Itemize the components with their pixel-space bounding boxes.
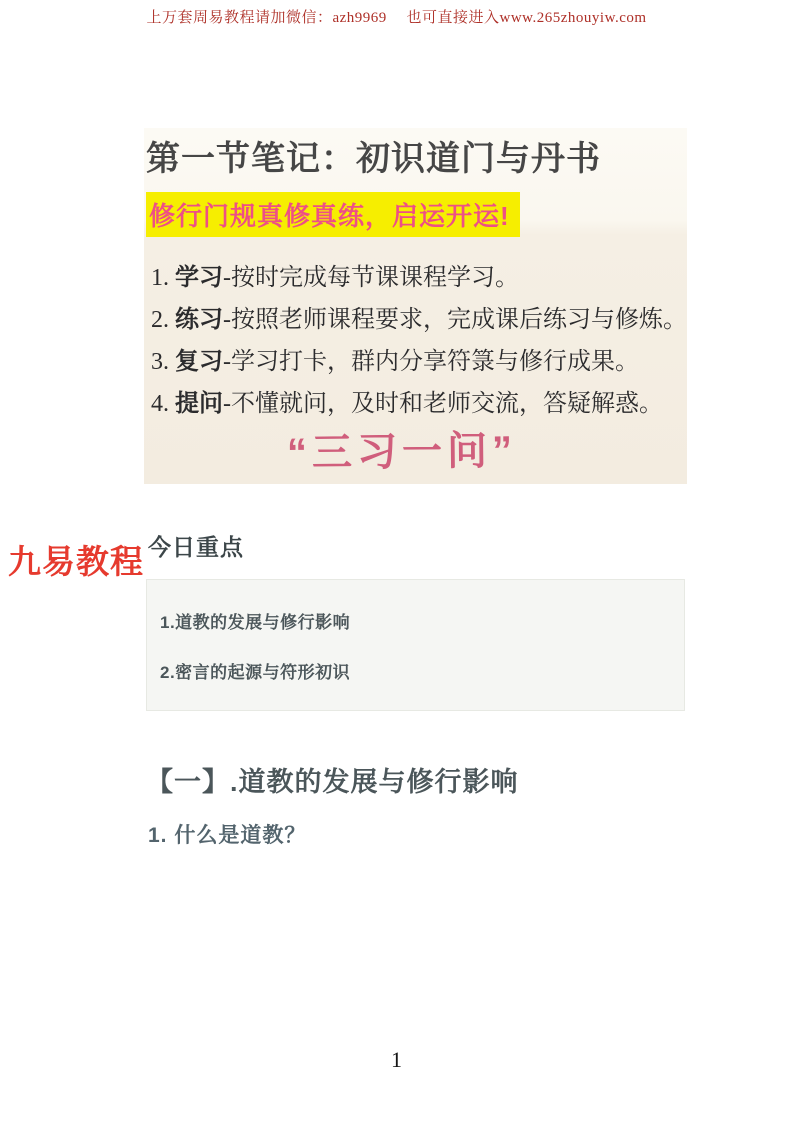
focus-point-2: 2.密言的起源与符形初识 (160, 658, 350, 683)
focus-point-1: 1.道教的发展与修行影响 (160, 608, 350, 633)
rule-item-2: 2. 练习-按照老师课程要求，完成课后练习与修炼。 (151, 299, 687, 341)
rule-item-3: 3. 复习-学习打卡，群内分享符箓与修行成果。 (151, 341, 687, 383)
brand-watermark: 九易教程 (8, 536, 144, 583)
rule-number: 3. (151, 349, 175, 375)
rule-keyword: 复习 (175, 349, 223, 375)
section-question: 1. 什么是道教？ (148, 819, 306, 849)
rule-keyword: 练习 (175, 307, 223, 333)
today-focus-heading: 今日重点 (148, 529, 244, 562)
page-number: 1 (0, 1047, 793, 1073)
rule-text: -按时完成每节课课程学习。 (223, 265, 519, 291)
today-focus-box: 1.道教的发展与修行影响 2.密言的起源与符形初识 (146, 579, 685, 711)
rule-text: -不懂就问，及时和老师交流，答疑解惑。 (223, 391, 663, 417)
section-one-heading: 【一】.道教的发展与修行影响 (146, 760, 519, 799)
rule-keyword: 提问 (175, 391, 223, 417)
rule-text: -按照老师课程要求，完成课后练习与修炼。 (223, 307, 687, 333)
rule-item-4: 4. 提问-不懂就问，及时和老师交流，答疑解惑。 (151, 383, 687, 425)
highlighted-motto: 修行门规真修真练，启运开运! (146, 192, 520, 237)
rule-number: 4. (151, 391, 175, 417)
rule-number: 2. (151, 307, 175, 333)
rule-item-1: 1. 学习-按时完成每节课课程学习。 (151, 257, 687, 299)
rules-list: 1. 学习-按时完成每节课课程学习。 2. 练习-按照老师课程要求，完成课后练习… (151, 257, 687, 425)
rule-keyword: 学习 (175, 265, 223, 291)
note-title: 第一节笔记：初识道门与丹书 (146, 131, 601, 180)
handwritten-slogan: “三习一问” (287, 419, 518, 478)
rule-text: -学习打卡，群内分享符箓与修行成果。 (223, 349, 639, 375)
rule-number: 1. (151, 265, 175, 291)
header-notice: 上万套周易教程请加微信：azh9969 也可直接进入www.265zhouyiw… (0, 6, 793, 27)
